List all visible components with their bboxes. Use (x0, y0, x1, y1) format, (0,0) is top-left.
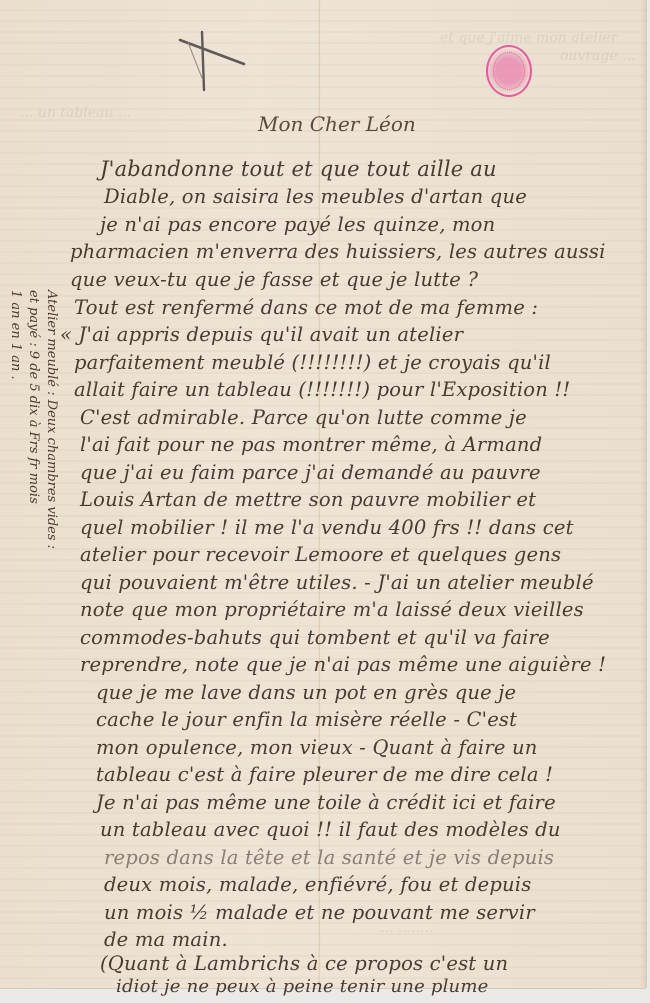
letter-line: Louis Artan de mettre son pauvre mobilie… (80, 488, 536, 511)
stamp-inner-ring (493, 52, 525, 90)
letter-page: et que j'aime mon atelier ouvrage ... ..… (0, 0, 646, 988)
margin-annotation-line: et payé : 9 de 5 dix à Frs fr mois (24, 290, 42, 549)
letter-line: de ma main. (104, 928, 228, 951)
letter-line: repos dans la tête et la santé et je vis… (104, 846, 554, 869)
letter-line: que veux-tu que je fasse et que je lutte… (70, 268, 478, 291)
letter-line: que j'ai eu faim parce j'ai demandé au p… (80, 461, 541, 484)
letter-line: commodes-bahuts qui tombent et qu'il va … (80, 626, 550, 649)
letter-line: allait faire un tableau (!!!!!!!) pour l… (74, 378, 570, 401)
letter-line: un mois ½ malade et ne pouvant me servir (104, 901, 535, 924)
letter-line: tableau c'est à faire pleurer de me dire… (96, 763, 553, 786)
paper-edge (640, 0, 646, 988)
letter-line: mon opulence, mon vieux - Quant à faire … (96, 736, 538, 759)
letter-line: note que mon propriétaire m'a laissé deu… (80, 598, 584, 621)
bleed-through-text: et que j'aime mon atelier (440, 30, 617, 46)
pencil-cross-mark (178, 28, 248, 92)
letter-line: C'est admirable. Parce qu'on lutte comme… (80, 406, 527, 429)
collection-stamp (486, 45, 532, 97)
letter-salutation: Mon Cher Léon (258, 112, 416, 136)
letter-line: que je me lave dans un pot en grès que j… (96, 681, 516, 704)
bleed-through-text: ouvrage ... (560, 48, 635, 64)
letter-line: je n'ai pas encore payé les quinze, mon (100, 213, 495, 236)
letter-line: un tableau avec quoi !! il faut des modè… (100, 818, 561, 841)
letter-line: J'abandonne tout et que tout aille au (100, 157, 497, 181)
letter-line: deux mois, malade, enfiévré, fou et depu… (104, 873, 531, 896)
letter-line: Diable, on saisira les meubles d'artan q… (104, 185, 527, 208)
letter-line: « J'ai appris depuis qu'il avait un atel… (60, 323, 463, 346)
letter-line: Je n'ai pas même une toile à crédit ici … (96, 791, 556, 814)
letter-line: reprendre, note que je n'ai pas même une… (80, 653, 606, 676)
bleed-through-text: ... un tableau ... (20, 105, 131, 121)
letter-line: (Quant à Lambrichs à ce propos c'est un (100, 952, 508, 975)
letter-line: atelier pour recevoir Lemoore et quelque… (80, 543, 561, 566)
letter-line: Tout est renfermé dans ce mot de ma femm… (74, 296, 538, 319)
margin-annotation-line: 1 an en 1 an . (6, 290, 24, 549)
letter-line: pharmacien m'enverra des huissiers, les … (70, 240, 606, 263)
letter-line: cache le jour enfin la misère réelle - C… (96, 708, 517, 731)
margin-annotation: Atelier meublé : Deux chambres vides : e… (6, 290, 60, 549)
letter-line: parfaitement meublé (!!!!!!!!) et je cro… (74, 351, 551, 374)
letter-line: l'ai fait pour ne pas montrer même, à Ar… (80, 433, 542, 456)
letter-line: quel mobilier ! il me l'a vendu 400 frs … (80, 516, 574, 539)
letter-line: idiot je ne peux à peine tenir une plume (116, 976, 488, 997)
margin-annotation-line: Atelier meublé : Deux chambres vides : (42, 290, 60, 549)
letter-line: qui pouvaient m'être utiles. - J'ai un a… (80, 571, 594, 594)
